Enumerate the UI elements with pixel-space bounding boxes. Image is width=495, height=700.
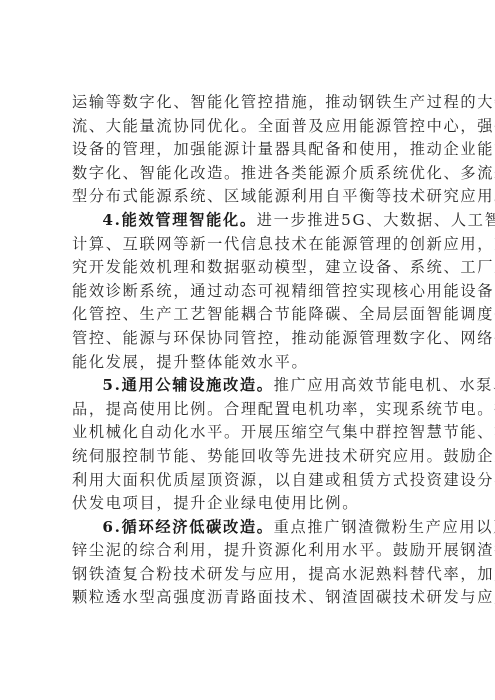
item-heading: 5.通用公辅设施改造。 [102, 376, 273, 394]
text-line: 型分布式能源系统、区域能源利用自平衡等技术研究应用。 [72, 185, 428, 209]
text-line: 运输等数字化、智能化管控措施，推动钢铁生产过程的大物质 [72, 91, 428, 115]
paragraph-item-6: 6.循环经济低碳改造。重点推广钢渣微粉生产应用以及含铁含 锌尘泥的综合利用，提升… [72, 516, 428, 610]
text-line: 管控、能源与环保协同管控，推动能源管理数字化、网络化、智 [72, 327, 428, 351]
text-line: 设备的管理，加强能源计量器具配备和使用，推动企业能源管理 [72, 138, 428, 162]
text-line: 计算、互联网等新一代信息技术在能源管理的创新应用，鼓励研 [72, 233, 428, 257]
text-line: 钢铁渣复合粉技术研发与应用，提高水泥熟料替代率，加大钢渣 [72, 563, 428, 587]
text-line: 流、大能量流协同优化。全面普及应用能源管控中心，强化能源 [72, 115, 428, 139]
text-line: 伏发电项目，提升企业绿电使用比例。 [72, 492, 428, 516]
paragraph-item-5: 5.通用公辅设施改造。推广应用高效节能电机、水泵、风机产 品，提高使用比例。合理… [72, 374, 428, 516]
item-heading: 4.能效管理智能化。 [102, 211, 256, 229]
text-line: 数字化、智能化改造。推进各类能源介质系统优化、多流耦合微 [72, 162, 428, 186]
text-run: 推广应用高效节能电机、水泵、风机产 [274, 376, 495, 394]
text-line-first: 6.循环经济低碳改造。重点推广钢渣微粉生产应用以及含铁含 [72, 516, 428, 540]
text-line: 利用大面积优质屋顶资源，以自建或租赁方式投资建设分布式光 [72, 469, 428, 493]
text-line: 化管控、生产工艺智能耦合节能降碳、全局层面智能调度优化及 [72, 303, 428, 327]
text-line: 颗粒透水型高强度沥青路面技术、钢渣固碳技术研发与应用力 [72, 586, 428, 610]
text-line: 业机械化自动化水平。开展压缩空气集中群控智慧节能、液压系 [72, 421, 428, 445]
document-page: 运输等数字化、智能化管控措施，推动钢铁生产过程的大物质 流、大能量流协同优化。全… [72, 91, 428, 610]
paragraph-continuation: 运输等数字化、智能化管控措施，推动钢铁生产过程的大物质 流、大能量流协同优化。全… [72, 91, 428, 209]
text-line: 究开发能效机理和数据驱动模型，建立设备、系统、工厂三层级 [72, 256, 428, 280]
text-run: 重点推广钢渣微粉生产应用以及含铁含 [274, 518, 495, 536]
text-line: 锌尘泥的综合利用，提升资源化利用水平。鼓励开展钢渣微粉、 [72, 539, 428, 563]
text-line: 品，提高使用比例。合理配置电机功率，实现系统节电。提升企 [72, 398, 428, 422]
text-line: 能化发展，提升整体能效水平。 [72, 351, 428, 375]
item-heading: 6.循环经济低碳改造。 [102, 518, 273, 536]
paragraph-item-4: 4.能效管理智能化。进一步推进5G、大数据、人工智能、云 计算、互联网等新一代信… [72, 209, 428, 374]
text-line-first: 5.通用公辅设施改造。推广应用高效节能电机、水泵、风机产 [72, 374, 428, 398]
text-line: 统伺服控制节能、势能回收等先进技术研究应用。鼓励企业充分 [72, 445, 428, 469]
text-run: 进一步推进5G、大数据、人工智能、云 [257, 211, 495, 229]
text-line-first: 4.能效管理智能化。进一步推进5G、大数据、人工智能、云 [72, 209, 428, 233]
text-line: 能效诊断系统，通过动态可视精细管控实现核心用能设备的智能 [72, 280, 428, 304]
